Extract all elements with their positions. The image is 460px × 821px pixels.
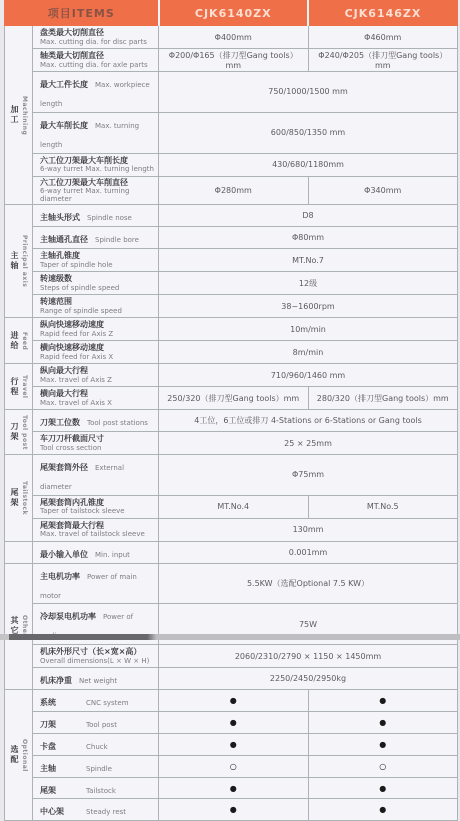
spec-row: 主轴孔锥度Taper of spindle hole MT.No.7	[5, 249, 458, 272]
row-label: 最大工件长度Max. workpiece length	[33, 72, 159, 113]
group-label-cn: 行程	[9, 377, 20, 397]
header-model-cjk6146zx: CJK6146ZX	[308, 1, 458, 26]
spec-table: 项目ITEMS CJK6140ZX CJK6146ZX 加工Machining …	[4, 0, 458, 640]
spec-row: 车刀刀杆截面尺寸Tool cross section 25 × 25mm	[5, 432, 458, 455]
group-tailstock: 尾架Tailstock	[5, 455, 33, 542]
row-label: 六工位刀架最大车削长度6-way turret Max. turning len…	[33, 153, 159, 176]
group-machining: 加工Machining	[5, 26, 33, 205]
spec-row: 行程Travel 纵向最大行程Max. travel of Axis Z 710…	[5, 364, 458, 387]
spec-sheet-page: 项目ITEMS CJK6140ZX CJK6146ZX 加工Machining …	[4, 0, 458, 634]
row-label: 最大车削长度Max. turning length	[33, 112, 159, 153]
row-value: MT.No.7	[159, 249, 458, 272]
spec-row: 主轴Principal axis 主轴头形式Spindle nose D8	[5, 205, 458, 227]
row-label: 尾架套筒外径External diameter	[33, 455, 159, 496]
group-label-en: Tool post	[21, 415, 28, 450]
group-other: 其它Other	[5, 563, 33, 640]
spec-row: 尾架Tailstock 尾架套筒外径External diameter Φ75m…	[5, 455, 458, 496]
row-label: 尾架套筒内孔锥度Taper of tailstock sleeve	[33, 495, 159, 518]
row-label: 主轴头形式Spindle nose	[33, 205, 159, 227]
spec-row: 其它Other 主电机功率Power of main motor 5.5KW（选…	[5, 563, 458, 604]
spec-row: 轴类最大切削直径Max. cutting dia. for axle parts…	[5, 49, 458, 72]
row-value-model2: Φ340mm	[308, 176, 458, 205]
row-label: 主轴孔锥度Taper of spindle hole	[33, 249, 159, 272]
row-label: 横向最大行程Max. travel of Axis X	[33, 387, 159, 410]
spec-row: 六工位刀架最大车削直径6-way turret Max. turning dia…	[5, 176, 458, 205]
row-label: 纵向最大行程Max. travel of Axis Z	[33, 364, 159, 387]
spec-row: 最大工件长度Max. workpiece length 750/1000/150…	[5, 72, 458, 113]
group-label-en: Feed	[21, 332, 28, 350]
row-value: 8m/min	[159, 341, 458, 364]
group-label-cn: 加工	[9, 105, 20, 125]
group-label-en: Tailstock	[21, 481, 28, 515]
row-value-model2: MT.No.5	[308, 495, 458, 518]
row-value: 710/960/1460 mm	[159, 364, 458, 387]
row-value: 4工位，6工位或排刀 4-Stations or 6-Stations or G…	[159, 410, 458, 432]
spec-row: 尾架套筒内孔锥度Taper of tailstock sleeve MT.No.…	[5, 495, 458, 518]
row-value-model1: Φ400mm	[159, 26, 308, 49]
row-value: Φ75mm	[159, 455, 458, 496]
row-value: 38~1600rpm	[159, 295, 458, 318]
row-label: 最小输入单位Min. input	[33, 541, 159, 563]
spec-row: 主轴通孔直径Spindle bore Φ80mm	[5, 227, 458, 249]
spec-row: 转速级数Steps of spindle speed 12级	[5, 272, 458, 295]
spec-row: 横向快速移动速度Rapid feed for Axis X 8m/min	[5, 341, 458, 364]
group-label-cn: 尾架	[9, 488, 20, 508]
group-travel: 行程Travel	[5, 364, 33, 410]
row-value-model2: 280/320（排刀型Gang tools）mm	[308, 387, 458, 410]
spec-row: 进给Feed 纵向快速移动速度Rapid feed for Axis Z 10m…	[5, 318, 458, 341]
group-feed: 进给Feed	[5, 318, 33, 364]
header-model-cjk6140zx: CJK6140ZX	[159, 1, 308, 26]
group-label-en: Principal axis	[21, 235, 28, 287]
row-value: 430/680/1180mm	[159, 153, 458, 176]
row-value-model1: 250/320（排刀型Gang tools）mm	[159, 387, 308, 410]
scan-edge	[0, 634, 460, 640]
row-label: 转速级数Steps of spindle speed	[33, 272, 159, 295]
spec-row: 加工Machining 盘类最大切削直径Max. cutting dia. fo…	[5, 26, 458, 49]
row-value: 10m/min	[159, 318, 458, 341]
group-tool-post: 刀架Tool post	[5, 410, 33, 455]
spec-row: 最小输入单位Min. input 0.001mm	[5, 541, 458, 563]
row-label: 主电机功率Power of main motor	[33, 563, 159, 604]
row-value: Φ80mm	[159, 227, 458, 249]
row-value: 0.001mm	[159, 541, 458, 563]
group-blank	[5, 541, 33, 563]
row-value-model1: Φ200/Φ165（排刀型Gang tools）mm	[159, 49, 308, 72]
row-value: 130mm	[159, 518, 458, 541]
row-label: 刀架工位数Tool post stations	[33, 410, 159, 432]
group-label-en: Machining	[21, 96, 28, 135]
spec-row: 转速范围Range of spindle speed 38~1600rpm	[5, 295, 458, 318]
spec-row: 六工位刀架最大车削长度6-way turret Max. turning len…	[5, 153, 458, 176]
row-label: 主轴通孔直径Spindle bore	[33, 227, 159, 249]
row-label: 盘类最大切削直径Max. cutting dia. for disc parts	[33, 26, 159, 49]
spec-row: 横向最大行程Max. travel of Axis X 250/320（排刀型G…	[5, 387, 458, 410]
group-label-en: Travel	[21, 375, 28, 398]
table-header-row: 项目ITEMS CJK6140ZX CJK6146ZX	[5, 1, 458, 26]
row-value-model1: MT.No.4	[159, 495, 308, 518]
group-principal-axis: 主轴Principal axis	[5, 205, 33, 318]
group-label-cn: 进给	[9, 331, 20, 351]
row-value: 12级	[159, 272, 458, 295]
row-value-model2: Φ460mm	[308, 26, 458, 49]
header-items-cell: 项目ITEMS	[5, 1, 159, 26]
group-label-cn: 刀架	[9, 422, 20, 442]
row-label: 车刀刀杆截面尺寸Tool cross section	[33, 432, 159, 455]
row-label: 轴类最大切削直径Max. cutting dia. for axle parts	[33, 49, 159, 72]
row-label: 横向快速移动速度Rapid feed for Axis X	[33, 341, 159, 364]
row-label: 尾架套筒最大行程Max. travel of tailstock sleeve	[33, 518, 159, 541]
row-label: 纵向快速移动速度Rapid feed for Axis Z	[33, 318, 159, 341]
spec-row: 尾架套筒最大行程Max. travel of tailstock sleeve …	[5, 518, 458, 541]
row-label: 转速范围Range of spindle speed	[33, 295, 159, 318]
spec-row: 最大车削长度Max. turning length 600/850/1350 m…	[5, 112, 458, 153]
row-value: 25 × 25mm	[159, 432, 458, 455]
row-label: 六工位刀架最大车削直径6-way turret Max. turning dia…	[33, 176, 159, 205]
spec-row: 刀架Tool post 刀架工位数Tool post stations 4工位，…	[5, 410, 458, 432]
group-label-cn: 主轴	[9, 251, 20, 271]
row-value: 5.5KW（选配Optional 7.5 KW）	[159, 563, 458, 604]
row-value: D8	[159, 205, 458, 227]
row-value-model2: Φ240/Φ205（排刀型Gang tools）mm	[308, 49, 458, 72]
row-value: 600/850/1350 mm	[159, 112, 458, 153]
row-value-model1: Φ280mm	[159, 176, 308, 205]
row-value: 750/1000/1500 mm	[159, 72, 458, 113]
